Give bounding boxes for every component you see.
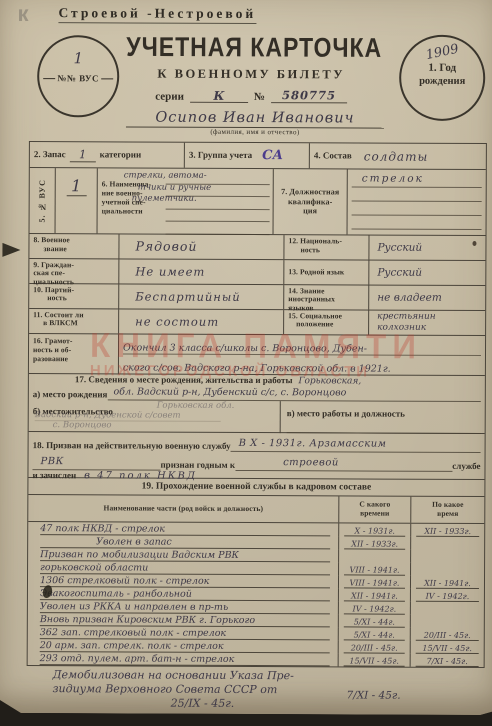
field-17bc-row: б) местожительство Горьковская обл. Вадс… xyxy=(29,400,485,434)
field-2-label: 2. Запас xyxy=(34,149,66,160)
row-10-14: 10. Партий- ность Беспартийный 14. Знани… xyxy=(29,284,485,311)
service-from: XII - 1941г. xyxy=(344,591,404,601)
field-9-label: 9. Граждан- ская спе- циальность xyxy=(29,259,119,283)
service-from: IV - 1942г. xyxy=(344,604,404,614)
field-12-value: Русский xyxy=(377,241,485,253)
scanned-photo: к Строевой -Нестроевой 1 №№ ВУС УЧЕТНАЯ … xyxy=(0,0,492,726)
field-6-value-l1: стрелки, автома- xyxy=(124,170,271,182)
service-row-11: 293 отд. пулем. арт. бат-н - стрелок 15/… xyxy=(28,652,484,667)
field-18-mid-label: признан годным к xyxy=(160,460,235,471)
service-to: XII - 1941г. xyxy=(416,579,478,589)
service-from: VIII - 1941г. xyxy=(344,565,404,575)
field-10-value: Беспартийный xyxy=(135,289,240,303)
field-6-label-l4: циальности xyxy=(102,206,143,215)
field-15-value-cell: крестьянин колхозник xyxy=(369,310,485,335)
field-7-label-l1: 7. Должностная xyxy=(274,187,347,197)
row-8-12: 8. Военное звание Рядовой 12. Националь-… xyxy=(29,234,485,261)
row-18: 18. Призван на действительную военную сл… xyxy=(28,432,484,480)
row-9-13: 9. Граждан- ская спе- циальность Не имее… xyxy=(29,259,485,286)
card-paper: к Строевой -Нестроевой 1 №№ ВУС УЧЕТНАЯ … xyxy=(0,0,492,715)
field-18-hw3: строевой xyxy=(243,457,339,468)
field-11-value: не состоит xyxy=(135,314,219,328)
field-3: 3. Группа учета СА xyxy=(185,143,310,169)
field-12-value-cell: Русский xyxy=(369,236,485,260)
field-2: 2. Запас 1 категории xyxy=(30,142,185,168)
name-block: Осипов Иван Иванович (фамилия, имя и отч… xyxy=(126,109,384,138)
field-10-value-cell: Беспартийный xyxy=(119,284,284,309)
field-15-value-l1: крестьянин xyxy=(377,312,485,323)
field-8-label-l2: звание xyxy=(33,245,116,254)
service-col-unit: Наименование части (род войск и должност… xyxy=(104,504,264,514)
stroevoy-stamp: Строевой -Нестроевой xyxy=(58,5,256,24)
service-from: X - 1931г. xyxy=(345,526,405,536)
demob-line-2: зидиума Верховного Совета СССР от xyxy=(53,682,353,697)
row-11-15: 11. Состоит ли в ВЛКСМ не состоит 15. Со… xyxy=(29,309,485,335)
demob-date: 7/XI - 45г. xyxy=(346,689,400,701)
field-17b-cell: б) местожительство Горьковская обл. Вадс… xyxy=(29,400,281,433)
vus-circle-value: 1 xyxy=(39,49,117,67)
vus-circle-label-row: №№ ВУС xyxy=(39,73,117,84)
series-row: серии К № 580775 xyxy=(126,89,376,103)
number-label: № xyxy=(254,92,265,103)
field-4: 4. Состав солдаты xyxy=(310,143,486,169)
field-7-label-l3: ция xyxy=(274,206,347,216)
field-6: 6. Наименова- ние военно- учетной спе- ц… xyxy=(98,168,274,234)
card-table: 2. Запас 1 категории 3. Группа учета СА … xyxy=(27,141,487,668)
series-label: серии xyxy=(155,91,184,102)
field-17c-cell: в) место работы и должность xyxy=(281,401,485,434)
service-unit: 293 отд. пулем. арт. бат-н - стрелок xyxy=(40,653,330,666)
service-to: 7/XI - 45г. xyxy=(416,657,478,667)
field-16-value-l2: ского с/сов. Вадского р-на, Горьковской … xyxy=(123,362,391,374)
service-to: IV - 1942г. xyxy=(416,592,478,602)
field-12-label-l2: ность xyxy=(288,246,366,255)
field-18-hw1: В X - 1931г. Арзамасским xyxy=(239,438,387,450)
field-6-value-l2: тчики и ручные xyxy=(124,182,271,194)
field-15-label: 15. Социальное положение xyxy=(284,310,369,335)
field-15-value-l2: колхозник xyxy=(377,322,485,333)
field-15-label-l2: положение xyxy=(288,321,366,330)
field-8-label: 8. Военное звание xyxy=(29,234,119,258)
service-to: XII - 1933г. xyxy=(417,527,479,537)
field-7-value: стрелок xyxy=(362,172,424,184)
field-14-label: 14. Знание иностранных языков xyxy=(284,285,369,309)
field-13-label: 13. Родной язык xyxy=(284,260,369,284)
service-col-from: С какого времени xyxy=(338,496,410,522)
service-to: 15/VII - 45г. xyxy=(416,644,478,654)
field-10-label-l2: ность xyxy=(33,294,116,303)
field-7-value-cell: стрелок xyxy=(348,169,486,235)
header-title-block: УЧЕТНАЯ КАРТОЧКА К ВОЕННОМУ БИЛЕТУ серии… xyxy=(126,35,376,103)
card-sheet: к Строевой -Нестроевой 1 №№ ВУС УЧЕТНАЯ … xyxy=(0,0,492,715)
birth-year-circle: 1909 1. Год рождения xyxy=(399,35,485,121)
field-5-value: 1 xyxy=(66,176,86,196)
field-16-value-cell: Окончил 3 класса с/школы с. Воронцово, Д… xyxy=(119,334,485,375)
field-13-value: Русский xyxy=(377,266,485,278)
field-17b-value-l1: Горьковская обл. xyxy=(157,400,235,410)
demob-line-1: Демобилизован на основании Указа Пре- xyxy=(53,668,353,683)
field-2-value: 1 xyxy=(70,147,96,162)
service-col-from-l2: времени xyxy=(360,509,389,518)
field-12-label: 12. Националь- ность xyxy=(284,235,369,259)
row-zapas: 2. Запас 1 категории 3. Группа учета СА … xyxy=(30,142,486,170)
service-from: 20/III - 45г. xyxy=(344,643,404,653)
vus-circle: 1 №№ ВУС xyxy=(37,35,119,117)
row-16: 16. Грамот- ность и об- разование Окончи… xyxy=(29,334,485,376)
name-caption: (фамилия, имя и отчество) xyxy=(126,127,384,138)
rows-8-15: 8. Военное звание Рядовой 12. Националь-… xyxy=(29,234,485,336)
field-18-end-label: службе xyxy=(452,461,480,472)
row-17: 17. Сведения о месте рождения, жительств… xyxy=(29,374,485,434)
field-10-label: 10. Партий- ность xyxy=(29,284,119,308)
demob-line-3: 25/IX - 45г. xyxy=(52,696,352,711)
field-9-value-cell: Не имеет xyxy=(119,259,284,284)
service-from: XII - 1933г. xyxy=(344,539,404,549)
service-from: VIII - 1941г. xyxy=(344,578,404,588)
field-17c-label: в) место работы и должность xyxy=(287,408,405,419)
ink-arrow-mark xyxy=(2,243,20,257)
field-17a-label: а) место рождения xyxy=(33,389,108,400)
service-from: 5/XI - 44г. xyxy=(344,617,404,627)
service-from: 5/XI - 44г. xyxy=(344,630,404,640)
service-title: 19. Прохождение военной службы в кадрово… xyxy=(28,478,484,497)
field-4-value: солдаты xyxy=(364,149,429,163)
field-16-label-l3: разование xyxy=(33,355,116,364)
person-name: Осипов Иван Иванович xyxy=(126,109,384,128)
field-13-label-l1: 13. Родной язык xyxy=(288,268,344,277)
field-14-value-cell: не владеет xyxy=(369,285,485,310)
service-from: 15/VII - 45г. xyxy=(344,656,404,666)
field-13-value-cell: Русский xyxy=(369,260,485,285)
field-9-value: Не имеет xyxy=(135,264,205,278)
field-3-value: СА xyxy=(262,148,283,163)
field-16-value-l1: Окончил 3 класса с/школы с. Воронцово, Д… xyxy=(123,342,367,354)
series-value: К xyxy=(190,89,248,102)
row-vus-specialty: 5. № ВУС 1 6. Наименова- ние военно- уче… xyxy=(30,168,486,236)
field-5-label: 5. № ВУС xyxy=(38,179,46,222)
dash-right xyxy=(101,78,113,79)
birth-year-label-2: рождения xyxy=(401,75,483,87)
service-rows: 47 полк НКВД - стрелок X - 1931г. XII - … xyxy=(28,522,485,667)
field-6-value: стрелки, автома- тчики и ручные пулеметч… xyxy=(124,170,271,205)
field-18-line2: РВК признан годным к строевой службе xyxy=(32,451,480,472)
vus-circle-label: №№ ВУС xyxy=(57,73,99,84)
service-col-to-l2: время xyxy=(437,510,458,519)
field-18-line1: 18. Призван на действительную военную сл… xyxy=(33,432,481,453)
field-5: 5. № ВУС xyxy=(30,168,56,233)
field-8-value-cell: Рядовой xyxy=(119,234,284,258)
ink-dot xyxy=(472,241,476,246)
number-value: 580775 xyxy=(271,90,347,103)
service-header: Наименование части (род войск и должност… xyxy=(28,495,484,524)
dash-left xyxy=(43,78,55,79)
field-10-label-l1: 10. Партий- xyxy=(33,286,116,295)
section-19: 19. Прохождение военной службы в кадрово… xyxy=(28,478,485,667)
field-6-value-l3: пулеметчики. xyxy=(124,193,271,205)
service-col-to: По какое время xyxy=(410,497,484,523)
corner-mark: к xyxy=(17,3,28,25)
field-18-label: 18. Призван на действительную военную сл… xyxy=(33,440,231,452)
field-4-label: 4. Состав xyxy=(314,150,352,161)
field-3-label: 3. Группа учета xyxy=(189,150,252,161)
field-11-label-l2: в ВЛКСМ xyxy=(33,319,116,328)
field-2-suffix: категории xyxy=(100,149,142,160)
field-7: 7. Должностная квалифика- ция xyxy=(274,169,348,234)
field-7-label-l2: квалифика- xyxy=(274,197,347,207)
card-title: УЧЕТНАЯ КАРТОЧКА xyxy=(126,33,382,61)
field-5-value-cell: 1 xyxy=(56,168,98,233)
field-17a-value: обл. Вадский р-н, Дубенский с/с, с. Воро… xyxy=(113,386,346,398)
field-18-hw2: РВК xyxy=(41,456,64,467)
field-11-value-cell: не состоит xyxy=(119,309,284,334)
field-11-label: 11. Состоит ли в ВЛКСМ xyxy=(29,309,119,334)
card-subtitle: К ВОЕННОМУ БИЛЕТУ xyxy=(126,67,376,81)
field-14-value: не владеет xyxy=(377,291,485,303)
field-8-value: Рядовой xyxy=(135,239,197,254)
field-17b-value-l3: с. Воронцово xyxy=(53,420,112,430)
field-16-label: 16. Грамот- ность и об- разование xyxy=(29,334,119,373)
demobilization-note: Демобилизован на основании Указа Пре- зи… xyxy=(52,668,352,711)
service-to: 20/III - 45г. xyxy=(416,631,478,641)
